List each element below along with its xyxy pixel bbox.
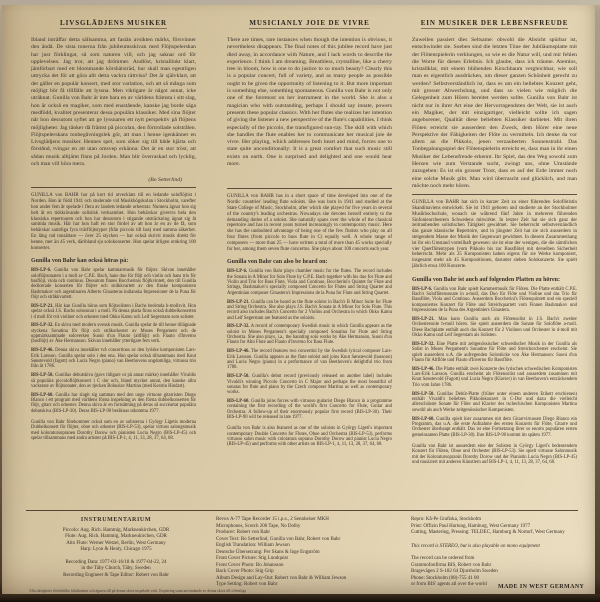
disc-entry: BIS-LP-6. Gunilla von Bahr plays chamber… <box>227 269 392 296</box>
column-german: EIN MUSIKER DER LEBENSFREUDE Zuweilen pa… <box>412 9 577 503</box>
section-divider <box>412 194 577 195</box>
production-line: Cutting, Mastering, Pressing: TELDEC, Ha… <box>411 530 583 537</box>
disc-entry: BIS-LP-21. Man kann Gunilla auch als Flö… <box>412 317 577 338</box>
section-divider <box>31 187 196 188</box>
english-essay: There are times, rare instances when tho… <box>227 37 392 168</box>
german-bio: GUNILLA von BAHR hat sich in kurzer Zeit… <box>412 200 577 270</box>
disc-entry: BIS-LP-50. Gunillas Debüt-Platte (früher… <box>412 392 577 413</box>
swedish-title: LIVSGLÄDJENS MUSIKER <box>31 12 196 30</box>
english-bio: GUNILLA von BAHR has in a short space of… <box>227 194 392 252</box>
essay-attribution: (Bo Setterlind) <box>31 177 182 183</box>
backdrop-bottom <box>0 594 600 602</box>
album-back-cover: LIVSGLÄDJENS MUSIKER Ibland inträffar de… <box>2 5 595 594</box>
column-english: MUSICIANLY JOIE DE VIVRE There are times… <box>227 9 392 503</box>
disc-entry: BIS-LP-21. Gunilla can be heard as the f… <box>227 300 392 321</box>
german-discography-heading: Gunilla von Bahr ist auch auf folgenden … <box>412 277 577 283</box>
disc-number: BIS-LP-60. <box>412 417 435 422</box>
disc-entry: BIS-LP-21. Här kan Gunilla höras som flö… <box>31 304 196 320</box>
disc-number: BIS-LP-6. <box>412 287 432 292</box>
disc-number: BIS-LP-21. <box>227 300 250 305</box>
english-discography-heading: Gunilla von Bahr can also be heard on: <box>227 259 392 265</box>
disc-number: BIS-LP-46. <box>227 349 250 354</box>
disc-entry: BIS-LP-60. Gunilla har slagit sig samman… <box>31 393 196 414</box>
footer-divider <box>26 510 578 511</box>
disc-entry: BIS-LP-50. Gunillas debutskiva (gavs tid… <box>31 373 196 389</box>
english-outro: Gunilla von Bahr is also featured as one… <box>227 426 392 447</box>
credits-block: Revox A-77 Tape Recorder 15 i.p.s., 2 Se… <box>216 517 396 589</box>
disc-number: BIS-LP-21. <box>412 317 435 322</box>
recording-data-line: Recording Engineer & Tape Editor: Robert… <box>38 573 194 580</box>
swedish-bio: GUNILLA von BAHR har på kort tid utveckl… <box>31 193 196 251</box>
disc-number: BIS-LP-46. <box>31 348 54 353</box>
disc-number: BIS-LP-50. <box>412 392 435 397</box>
disc-entry: BIS-LP-46. Denna skiva innehåller två co… <box>31 348 196 369</box>
stereo-note: This record is STEREO, but is also playa… <box>411 544 583 551</box>
german-title: EIN MUSIKER DER LEBENSFREUDE <box>412 12 577 30</box>
swedish-discography-heading: Gunilla von Bahr kan också höras på: <box>31 258 196 264</box>
disc-number: BIS-LP-6. <box>227 269 247 274</box>
disc-number: BIS-LP-60. <box>227 399 250 404</box>
disc-entry: BIS-LP-32. Eine Platte mit zeitgenössisc… <box>412 342 577 363</box>
disc-entry: BIS-LP-32. En skiva med modern svensk mu… <box>31 323 196 344</box>
disc-number: BIS-LP-50. <box>227 374 250 379</box>
disc-entry: BIS-LP-46. The record features two conce… <box>227 349 392 370</box>
made-in-label: MADE IN WEST GERMANY <box>498 584 584 590</box>
disc-number: BIS-LP-32. <box>412 342 435 347</box>
german-outro: Gunilla von Bahr ist ausserdem eine der … <box>412 444 577 465</box>
column-swedish: LIVSGLÄDJENS MUSIKER Ibland inträffar de… <box>31 9 196 503</box>
disc-number: BIS-LP-6. <box>31 268 51 273</box>
disc-number: BIS-LP-32. <box>227 324 250 329</box>
disc-entry: BIS-LP-60. Gunilla joins forces with vir… <box>227 399 392 420</box>
english-title: MUSICIANLY JOIE DE VIVRE <box>227 12 392 30</box>
section-divider <box>227 188 392 189</box>
production-block: Repro: Kå-Pe Grafiska, Stockholm Print: … <box>411 517 583 589</box>
disc-entry: BIS-LP-50. Gunilla's debut record (previ… <box>227 374 392 395</box>
swedish-essay: Ibland inträffar detta sällsamma, att fa… <box>31 37 196 168</box>
disc-entry: BIS-LP-6. Gunilla von Bahr spelar kammar… <box>31 268 196 300</box>
disc-entry: BIS-LP-6. Gunilla von Bahr spielt Kammer… <box>412 287 577 314</box>
disc-number: BIS-LP-50. <box>31 373 54 378</box>
german-essay: Zuweilen passiert dies Seltsame: obwohl … <box>412 37 577 190</box>
credit-line: Type Setting: Robert von Bahr <box>216 582 396 589</box>
disc-number: BIS-LP-32. <box>31 323 54 328</box>
disc-entry: BIS-LP-32. A record of contemporary Swed… <box>227 324 392 345</box>
disc-number: BIS-LP-60. <box>31 393 54 398</box>
disc-entry: BIS-LP-46. Die Platte enthält zwei Konze… <box>412 367 577 388</box>
disc-entry: BIS-LP-60. Gunilla spielt hier zusammen … <box>412 417 577 438</box>
instrumentarium-title: INSTRUMENTARIUM <box>38 517 194 524</box>
instrumentarium-block: INSTRUMENTARIUM Piccolo: Aug. Rich. Hamm… <box>38 517 194 579</box>
swedish-outro: Gunilla von Bahr förekommer också som en… <box>31 420 196 441</box>
disc-number: BIS-LP-46. <box>412 367 435 372</box>
